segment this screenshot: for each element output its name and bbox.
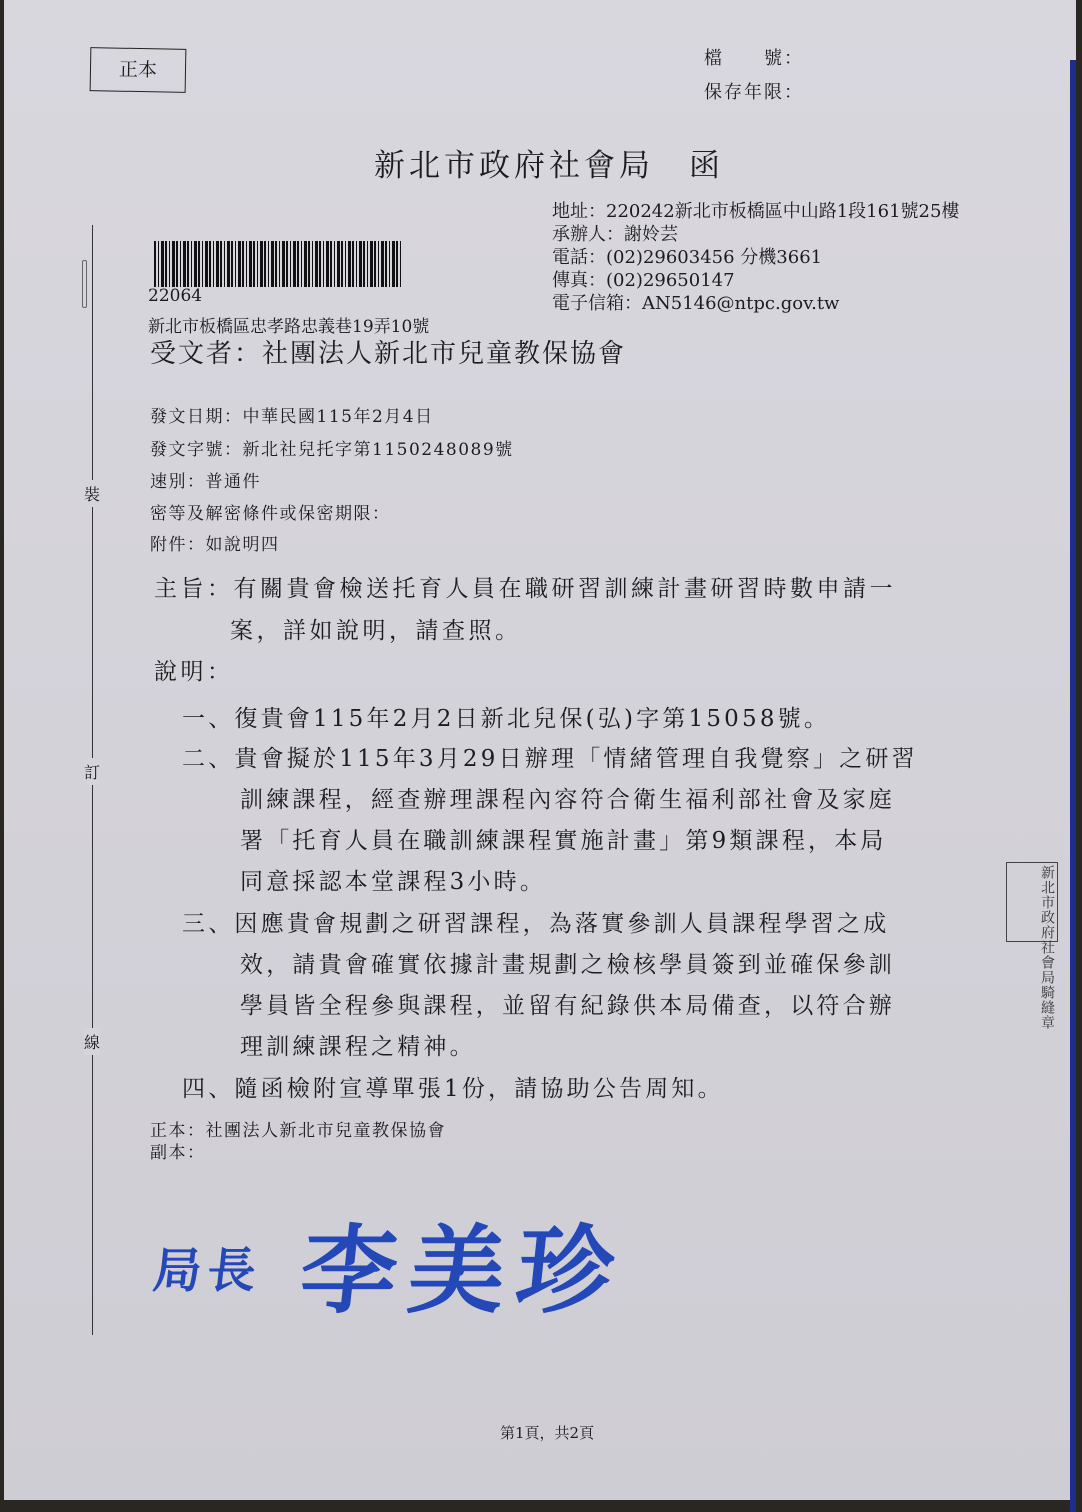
attachment: 附件：如說明四 <box>150 530 280 555</box>
explanation-item-3-line-3: 學員皆全程參與課程，並留有紀錄供本局備查，以符合辦 <box>240 987 895 1020</box>
explanation-item-2-line-1: 二、貴會擬於115年3月29日辦理「情緒管理自我覺察」之研習 <box>182 740 918 773</box>
explanation-item-2-line-4: 同意採認本堂課程3小時。 <box>240 863 546 896</box>
copy-type-box: 正本 <box>90 47 187 93</box>
explanation-item-1: 一、復貴會115年2月2日新北兒保(弘)字第15058號。 <box>182 700 830 733</box>
background-blue-edge <box>1070 60 1076 1512</box>
sender-contact: 地址：220242新北市板橋區中山路1段161號25樓 承辦人：謝姈芸 電話：(… <box>552 200 959 315</box>
issue-date: 發文日期：中華民國115年2月4日 <box>150 402 434 427</box>
sender-handler: 承辦人：謝姈芸 <box>552 223 959 246</box>
explanation-item-4: 四、隨函檢附宣導單張1份，請協助公告周知。 <box>182 1070 724 1103</box>
seal-stamp: 新北市政府社會局騎縫章 <box>1006 862 1058 942</box>
recipient: 受文者：社團法人新北市兒童教保協會 <box>150 333 626 370</box>
explanation-item-3-line-2: 效，請貴會確實依據計畫規劃之檢核學員簽到並確保參訓 <box>240 946 895 979</box>
page-number: 第1頁，共2頁 <box>500 1422 594 1443</box>
explanation-item-2-line-2: 訓練課程，經查辦理課程內容符合衛生福利部社會及家庭 <box>240 781 895 814</box>
document-title: 新北市政府社會局 函 <box>374 140 724 185</box>
barcode <box>154 241 402 287</box>
priority: 速別：普通件 <box>150 467 261 492</box>
binding-mark-ding: 訂 <box>84 758 100 785</box>
sender-email: 電子信箱：AN5146@ntpc.gov.tw <box>552 292 959 315</box>
subject-line-2: 案，詳如說明，請查照。 <box>230 612 522 645</box>
sender-phone: 電話：(02)29603456 分機3661 <box>552 246 959 269</box>
explanation-heading: 說明： <box>154 653 234 686</box>
binding-mark-zhuang: 裝 <box>84 480 100 507</box>
file-number-label: 檔 號： <box>704 44 804 70</box>
sender-address: 地址：220242新北市板橋區中山路1段161號25樓 <box>552 200 959 223</box>
signature-name: 李美珍 <box>295 1195 633 1332</box>
explanation-item-3-line-1: 三、因應貴會規劃之研習課程，為落實參訓人員課程學習之成 <box>182 905 889 938</box>
sender-fax: 傳真：(02)29650147 <box>552 269 959 292</box>
explanation-item-2-line-3: 署「托育人員在職訓練課程實施計畫」第9類課程，本局 <box>240 822 887 855</box>
document-page: 正本 檔 號： 保存年限： 新北市政府社會局 函 地址：220242新北市板橋區… <box>4 0 1076 1500</box>
explanation-item-3-line-4: 理訓練課程之精神。 <box>240 1028 476 1061</box>
copy-to: 副本： <box>150 1138 206 1163</box>
confidentiality: 密等及解密條件或保密期限： <box>150 499 391 524</box>
recipient-zip: 22064 <box>148 286 202 306</box>
issue-number: 發文字號：新北社兒托字第1150248089號 <box>150 435 514 460</box>
binding-mark-xian: 線 <box>84 1028 100 1055</box>
signature-title: 局長 <box>150 1232 265 1301</box>
subject-line-1: 主旨：有關貴會檢送托育人員在職研習訓練計畫研習時數申請一 <box>154 570 896 603</box>
staple-mark <box>82 260 87 308</box>
retention-label: 保存年限： <box>704 78 804 104</box>
